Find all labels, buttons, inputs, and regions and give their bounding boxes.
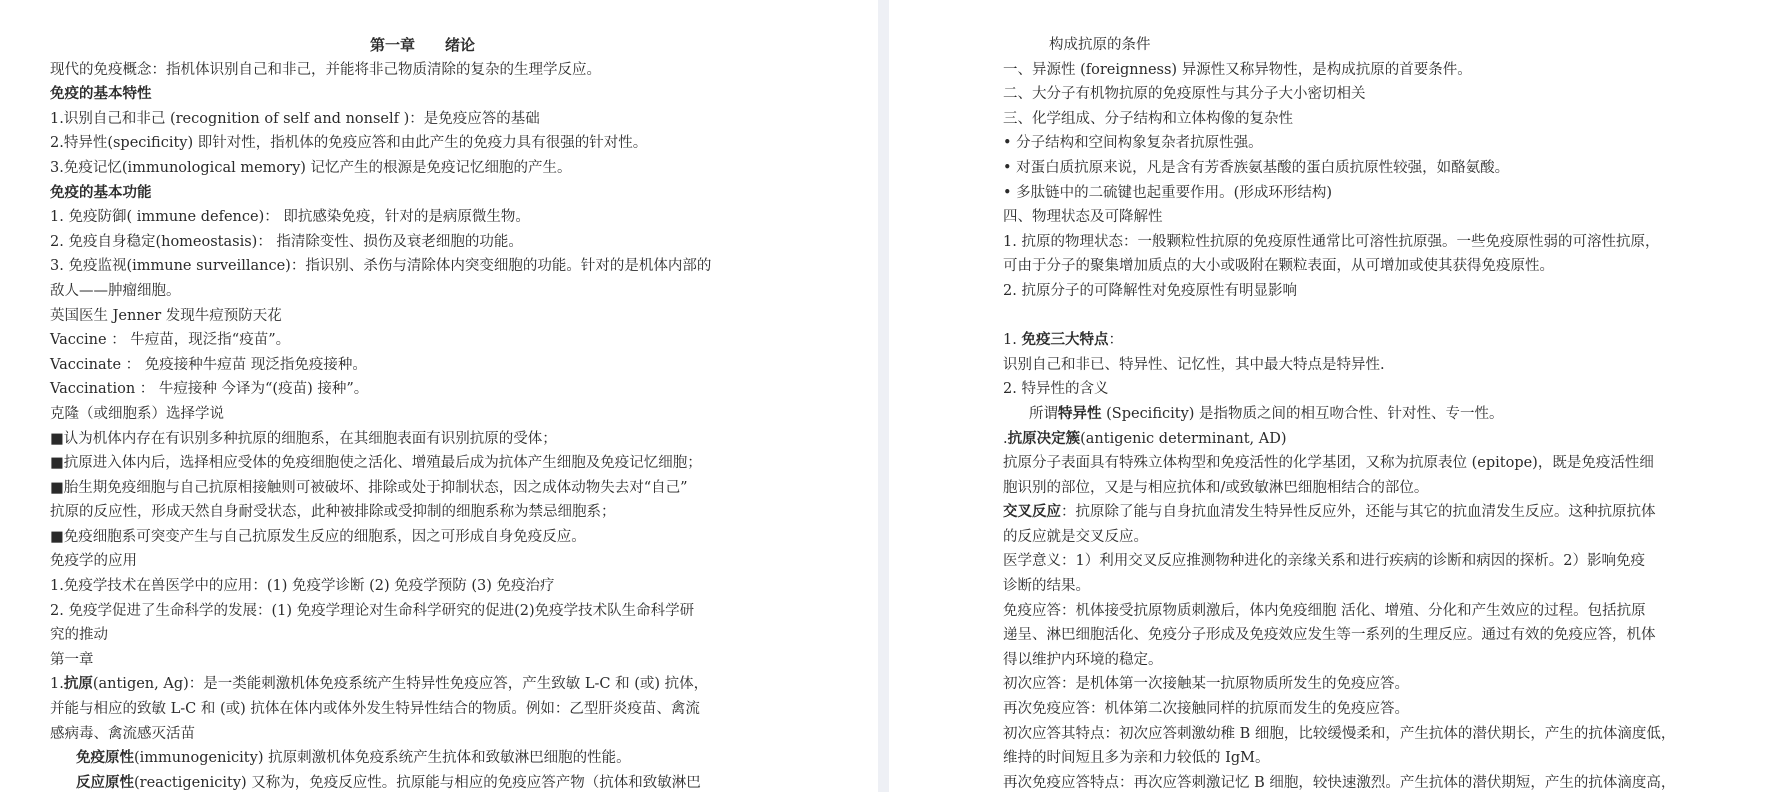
text-line: • 多肽链中的二硫键也起重要作用。(形成环形结构) <box>1003 181 1763 206</box>
chapter-title: 第一章 绪论 <box>50 33 795 58</box>
text-line: 现代的免疫概念：指机体识别自己和非己，并能将非己物质清除的复杂的生理学反应。 <box>50 58 795 83</box>
text-line: 胞识别的部位，又是与相应抗体和/或致敏淋巴细胞相结合的部位。 <box>1003 476 1763 501</box>
text-line: Vaccine ： 牛痘苗，现泛指“疫苗”。 <box>50 328 795 353</box>
text-line: .抗原决定簇(antigenic determinant, AD) <box>1003 427 1763 452</box>
page-divider <box>878 0 889 792</box>
document-page-left: 第一章 绪论 现代的免疫概念：指机体识别自己和非己，并能将非己物质清除的复杂的生… <box>0 0 878 792</box>
text-line: 免疫的基本功能 <box>50 181 795 206</box>
text-line: 免疫原性(immunogenicity) 抗原刺激机体免疫系统产生抗体和致敏淋巴… <box>50 746 795 771</box>
line-prefix: 1. <box>50 676 64 692</box>
text-line: 抗原的反应性，形成天然自身耐受状态，此种被排除或受抑制的细胞系称为禁忌细胞系； <box>50 500 795 525</box>
text-line: 再次免疫应答：机体第二次接触同样的抗原而发生的免疫应答。 <box>1003 697 1763 722</box>
text-line: 得以维护内环境的稳定。 <box>1003 648 1763 673</box>
text-line: • 分子结构和空间构象复杂者抗原性强。 <box>1003 131 1763 156</box>
text-line <box>1003 304 1763 329</box>
text-line: 1. 免疫三大特点： <box>1003 328 1763 353</box>
text-line: 再次免疫应答特点：再次应答刺激记忆 B 细胞，较快速激烈。产生抗体的潜伏期短，产… <box>1003 771 1763 792</box>
text-line: 初次应答：是机体第一次接触某一抗原物质所发生的免疫应答。 <box>1003 672 1763 697</box>
line-text: (immunogenicity) 抗原刺激机体免疫系统产生抗体和致敏淋巴细胞的性… <box>134 750 631 766</box>
text-line: 3. 免疫监视(immune surveillance)：指识别、杀伤与清除体内… <box>50 254 795 279</box>
text-line: 的反应就是交叉反应。 <box>1003 525 1763 550</box>
text-line: 敌人——肿瘤细胞。 <box>50 279 795 304</box>
text-line: 构成抗原的条件 <box>1003 33 1763 58</box>
line-text: ：抗原除了能与自身抗血清发生特异性反应外，还能与其它的抗血清发生反应。这种抗原抗… <box>1061 504 1656 520</box>
text-line: Vaccinate ： 免疫接种牛痘苗 现泛指免疫接种。 <box>50 353 795 378</box>
text-line: 可由于分子的聚集增加质点的大小或吸附在颗粒表面，从可增加或使其获得免疫原性。 <box>1003 254 1763 279</box>
text-line: 1. 免疫防御( immune defence)： 即抗感染免疫，针对的是病原微… <box>50 205 795 230</box>
bold-term: 特异性 <box>1058 405 1102 422</box>
text-line: 第一章 <box>50 648 795 673</box>
text-line: 2. 免疫自身稳定(homeostasis)： 指清除变性、损伤及衰老细胞的功能… <box>50 230 795 255</box>
text-line: 2. 抗原分子的可降解性对免疫原性有明显影响 <box>1003 279 1763 304</box>
text-line: • 对蛋白质抗原来说，凡是含有芳香族氨基酸的蛋白质抗原性较强，如酪氨酸。 <box>1003 156 1763 181</box>
page-right-content: 构成抗原的条件一、异源性 (foreignness) 异源性又称异物性，是构成抗… <box>1003 33 1763 792</box>
text-line: 初次应答其特点：初次应答刺激幼稚 B 细胞，比较缓慢柔和，产生抗体的潜伏期长，产… <box>1003 722 1763 747</box>
text-line: 感病毒、禽流感灭活苗 <box>50 722 795 747</box>
bold-term: 免疫三大特点 <box>1021 331 1108 348</box>
line-text: (antigenic determinant, AD) <box>1080 431 1286 447</box>
text-line: 诊断的结果。 <box>1003 574 1763 599</box>
page-left-content: 第一章 绪论 现代的免疫概念：指机体识别自己和非己，并能将非己物质清除的复杂的生… <box>50 33 795 792</box>
text-line: 2. 免疫学促进了生命科学的发展：(1) 免疫学理论对生命科学研究的促进(2)免… <box>50 599 795 624</box>
text-line: 1. 抗原的物理状态：一般颗粒性抗原的免疫原性通常比可溶性抗原强。一些免疫原性弱… <box>1003 230 1763 255</box>
text-line: Vaccination ： 牛痘接种 今译为“(疫苗) 接种”。 <box>50 377 795 402</box>
text-line: 所谓特异性 (Specificity) 是指物质之间的相互吻合性、针对性、专一性… <box>1003 402 1763 427</box>
text-line: 一、异源性 (foreignness) 异源性又称异物性，是构成抗原的首要条件。 <box>1003 58 1763 83</box>
text-line: 维持的时间短且多为亲和力较低的 IgM。 <box>1003 746 1763 771</box>
text-line: 免疫应答：机体接受抗原物质刺激后，体内免疫细胞 活化、增殖、分化和产生效应的过程… <box>1003 599 1763 624</box>
text-line: 1.免疫学技术在兽医学中的应用：(1) 免疫学诊断 (2) 免疫学预防 (3) … <box>50 574 795 599</box>
text-line: 反应原性(reactigenicity) 又称为，免疫反应性。抗原能与相应的免疫… <box>50 771 795 792</box>
line-text: (antigen, Ag)：是一类能刺激机体免疫系统产生特异性免疫应答，产生致敏… <box>93 676 708 692</box>
text-line: 递呈、淋巴细胞活化、免疫分子形成及免疫效应发生等一系列的生理反应。通过有效的免疫… <box>1003 623 1763 648</box>
line-text: ： <box>1108 332 1123 348</box>
text-line: 究的推动 <box>50 623 795 648</box>
bold-term: 交叉反应 <box>1003 503 1061 520</box>
text-line: ■认为机体内存在有识别多种抗原的细胞系，在其细胞表面有识别抗原的受体； <box>50 427 795 452</box>
bold-term: 抗原 <box>64 675 93 692</box>
text-line: 英国医生 Jenner 发现牛痘预防天花 <box>50 304 795 329</box>
text-line: 四、物理状态及可降解性 <box>1003 205 1763 230</box>
text-line: 并能与相应的致敏 L-C 和 (或) 抗体在体内或体外发生特异性结合的物质。例如… <box>50 697 795 722</box>
bold-term: 反应原性 <box>76 774 134 791</box>
text-line: 1.识别自己和非己 (recognition of self and nonse… <box>50 107 795 132</box>
text-line: 交叉反应：抗原除了能与自身抗血清发生特异性反应外，还能与其它的抗血清发生反应。这… <box>1003 500 1763 525</box>
text-line: ■胎生期免疫细胞与自己抗原相接触则可被破坏、排除或处于抑制状态，因之成体动物失去… <box>50 476 795 501</box>
text-line: 克隆（或细胞系）选择学说 <box>50 402 795 427</box>
line-text: (reactigenicity) 又称为，免疫反应性。抗原能与相应的免疫应答产物… <box>134 775 701 791</box>
text-line: ■抗原进入体内后，选择相应受体的免疫细胞使之活化、增殖最后成为抗体产生细胞及免疫… <box>50 451 795 476</box>
text-line: 三、化学组成、分子结构和立体构像的复杂性 <box>1003 107 1763 132</box>
text-line: 3.免疫记忆(immunological memory) 记忆产生的根源是免疫记… <box>50 156 795 181</box>
text-line: 2. 特异性的含义 <box>1003 377 1763 402</box>
document-page-right: 构成抗原的条件一、异源性 (foreignness) 异源性又称异物性，是构成抗… <box>889 0 1784 792</box>
text-line: ■免疫细胞系可突变产生与自己抗原发生反应的细胞系，因之可形成自身免疫反应。 <box>50 525 795 550</box>
text-line: 医学意义：1）利用交叉反应推测物种进化的亲缘关系和进行疾病的诊断和病因的探析。2… <box>1003 549 1763 574</box>
text-line: 免疫的基本特性 <box>50 82 795 107</box>
bold-term: 免疫原性 <box>76 749 134 766</box>
line-text: (Specificity) 是指物质之间的相互吻合性、针对性、专一性。 <box>1102 406 1504 422</box>
text-line: 抗原分子表面具有特殊立体构型和免疫活性的化学基团，又称为抗原表位 (epitop… <box>1003 451 1763 476</box>
text-line: 免疫学的应用 <box>50 549 795 574</box>
text-line: 二、大分子有机物抗原的免疫原性与其分子大小密切相关 <box>1003 82 1763 107</box>
text-line: 识别自己和非已、特异性、记忆性，其中最大特点是特异性. <box>1003 353 1763 378</box>
text-line: 1.抗原(antigen, Ag)：是一类能刺激机体免疫系统产生特异性免疫应答，… <box>50 672 795 697</box>
line-prefix: 所谓 <box>1029 406 1058 422</box>
text-line: 2.特异性(specificity) 即针对性，指机体的免疫应答和由此产生的免疫… <box>50 131 795 156</box>
bold-term: 抗原决定簇 <box>1008 430 1081 447</box>
line-prefix: 1. <box>1003 332 1021 348</box>
